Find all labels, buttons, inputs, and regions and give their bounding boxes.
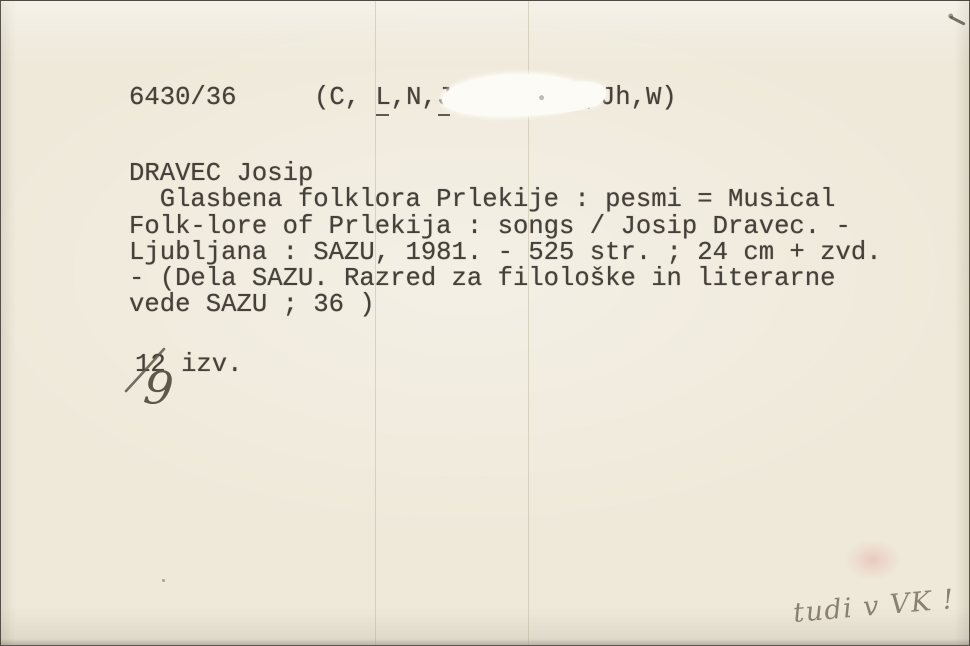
entry-line: - (Dela SAZU. Razred za filološke in lit… — [129, 266, 882, 292]
handwritten-note: tudi v VK ! — [792, 584, 956, 629]
catalog-card: 6430/36 (C, L,N,J,,Jh,W) DRAVEC Josip Gl… — [0, 0, 970, 646]
paper-speck — [162, 579, 165, 582]
classification-open: (C, — [314, 83, 375, 112]
pink-smudge — [844, 539, 902, 581]
ref-number: 6430/36 — [129, 83, 237, 112]
classification-letter-l: L — [375, 83, 390, 112]
classification-mid: ,N, — [391, 83, 437, 112]
corner-pen-mark — [949, 15, 965, 25]
entry-line: Folk-lore of Prlekija : songs / Josip Dr… — [129, 214, 882, 240]
entry-line: Glasbena folklora Prlekije : pesmi = Mus… — [129, 187, 882, 213]
whiteout-dot — [539, 95, 544, 100]
entry-block: DRAVEC Josip Glasbena folklora Prlekije … — [129, 161, 882, 319]
copies-label: izv. — [166, 350, 243, 379]
entry-line: DRAVEC Josip — [129, 161, 882, 187]
handwritten-count: 9 — [142, 364, 176, 413]
entry-line: Ljubljana : SAZU, 1981. - 525 str. ; 24 … — [129, 240, 882, 266]
entry-line: vede SAZU ; 36 ) — [129, 292, 882, 318]
